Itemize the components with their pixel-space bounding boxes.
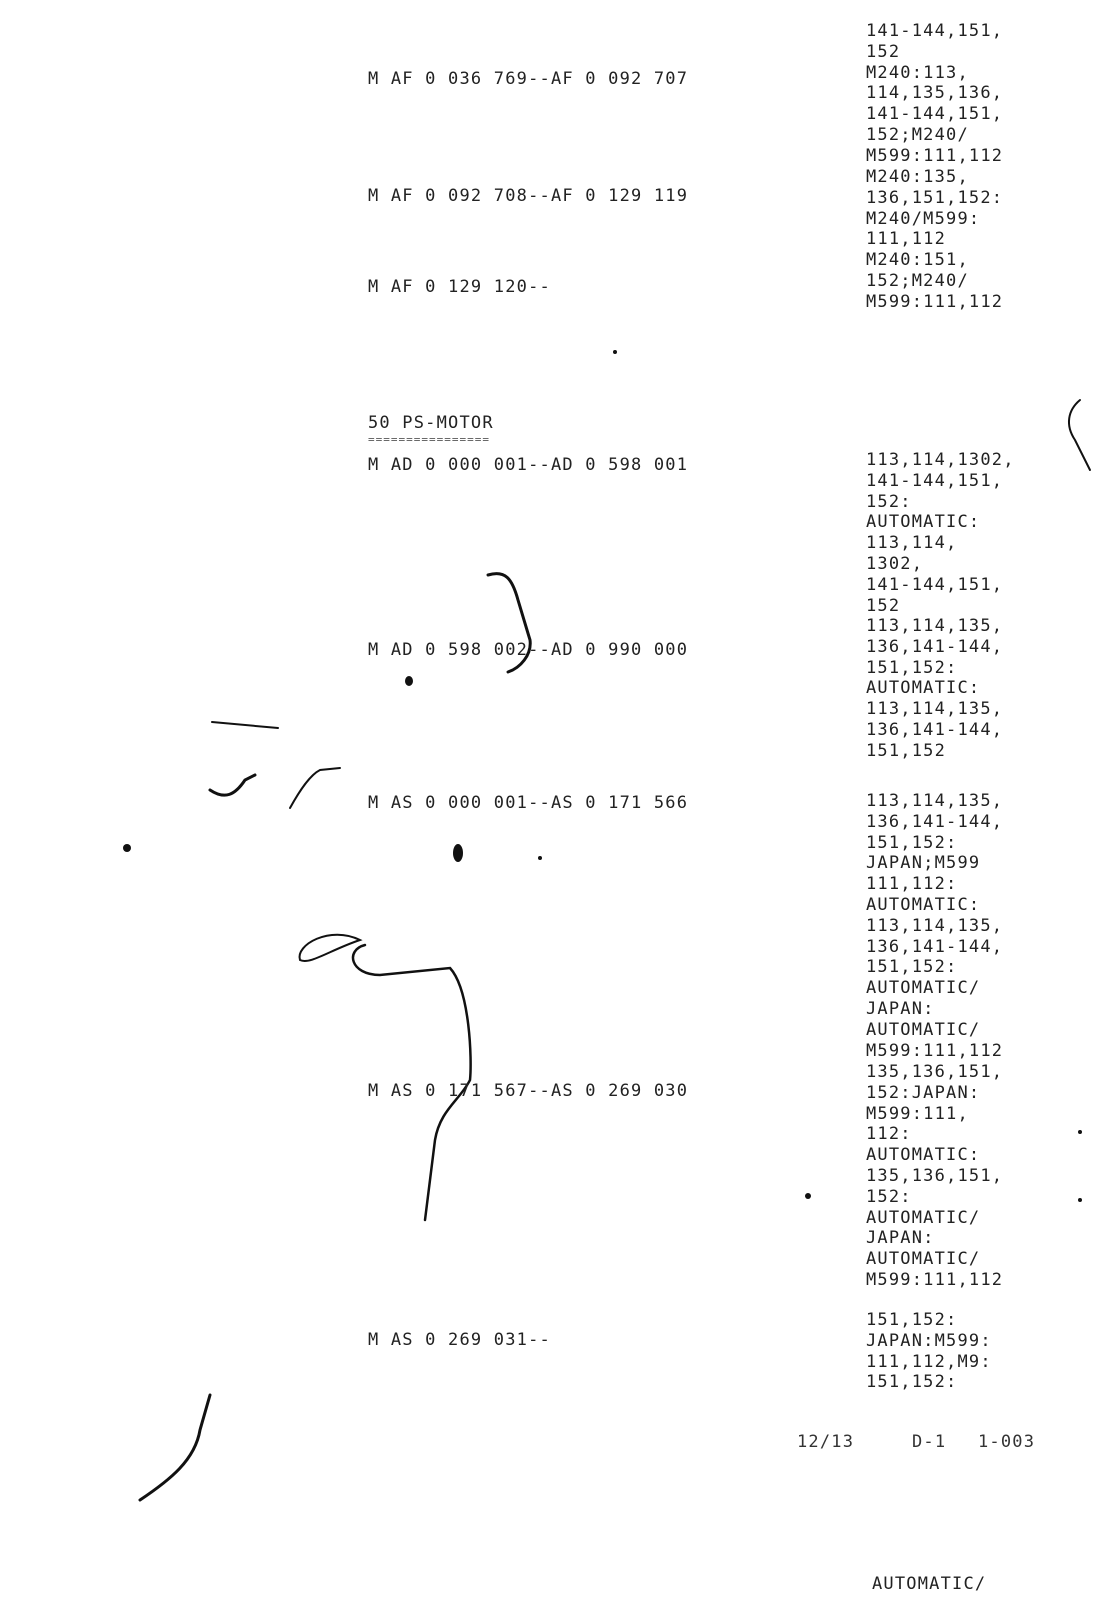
continued-text: AUTOMATIC/ xyxy=(872,1574,986,1594)
serial-range-row: M AF 0 092 708--AF 0 129 119 xyxy=(368,186,688,206)
section-heading-underline: ================ xyxy=(368,433,490,446)
document-page: M AF 0 036 769--AF 0 092 707 M AF 0 092 … xyxy=(0,0,1112,1600)
applicability-codes: 113,114,135, 136,141-144, 151,152: JAPAN… xyxy=(866,791,1003,1061)
applicability-codes: 141-144,151, 152 M240:113, 114,135,136, … xyxy=(866,21,1003,167)
section-heading: 50 PS-MOTOR xyxy=(368,413,494,433)
applicability-codes: 135,136,151, 152:JAPAN: M599:111, 112: A… xyxy=(866,1062,1003,1291)
applicability-codes: 113,114,135, 136,141-144, 151,152: AUTOM… xyxy=(866,616,1003,762)
serial-range-row: M AS 0 269 031-- xyxy=(368,1330,551,1350)
serial-range-row: M AF 0 036 769--AF 0 092 707 xyxy=(368,69,688,89)
serial-range-row: M AF 0 129 120-- xyxy=(368,277,551,297)
serial-range-row: M AD 0 000 001--AD 0 598 001 xyxy=(368,455,688,475)
serial-range-row: M AS 0 171 567--AS 0 269 030 xyxy=(368,1081,688,1101)
applicability-codes: 151,152: JAPAN:M599: 111,112,M9: 151,152… xyxy=(866,1310,992,1393)
page-number: 12/13 xyxy=(797,1432,854,1452)
document-id: 1-003 xyxy=(978,1432,1035,1452)
serial-range-row: M AS 0 000 001--AS 0 171 566 xyxy=(368,793,688,813)
applicability-codes: M240:151, 152;M240/ M599:111,112 xyxy=(866,250,1003,312)
applicability-codes: 113,114,1302, 141-144,151, 152: AUTOMATI… xyxy=(866,450,1015,616)
serial-range-row: M AD 0 598 002--AD 0 990 000 xyxy=(368,640,688,660)
section-code: D-1 xyxy=(912,1432,946,1452)
applicability-codes: M240:135, 136,151,152: M240/M599: 111,11… xyxy=(866,167,1003,250)
